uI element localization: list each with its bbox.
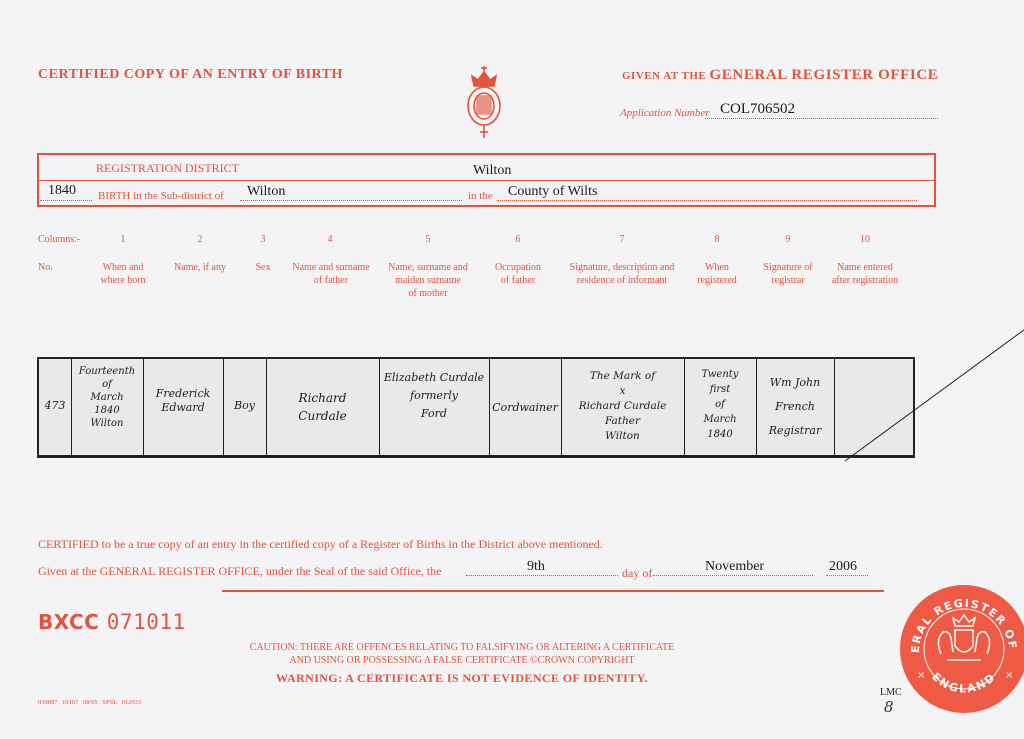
year-line-issue <box>826 575 868 576</box>
entry-when-registered: Twenty first of March 1840 <box>684 367 756 442</box>
column-header-sex: Sex <box>248 261 278 274</box>
county-label: in the <box>468 190 493 202</box>
cancel-diagonal-line <box>840 325 1024 465</box>
entry-occupation: Cordwainer <box>489 401 561 415</box>
form-code: 039887 10107 08/05 SPSL 012033 <box>38 699 141 706</box>
issue-day: 9th <box>527 559 545 575</box>
entry-no: 473 <box>39 399 71 413</box>
application-number-label: Application Number <box>620 107 710 119</box>
entry-father: Richard Curdale <box>266 389 379 425</box>
day-line <box>466 575 618 576</box>
certificate-title: CERTIFIED COPY OF AN ENTRY OF BIRTH <box>38 67 343 83</box>
serial-number: 071011 <box>107 610 186 634</box>
certificate-serial: BXCC 071011 <box>38 610 186 634</box>
given-at-prefix: GIVEN AT THE <box>622 70 706 82</box>
column-number-4: 4 <box>320 234 340 245</box>
clerk-mark: 8 <box>884 698 894 716</box>
issue-year: 2006 <box>829 559 857 575</box>
gro-seal-icon: GENERAL REGISTER OFFICE ENGLAND × × <box>897 582 1024 716</box>
subdistrict-line <box>240 200 462 201</box>
column-header-when-where-born: When and where born <box>88 261 158 287</box>
column-header-mother: Name, surname and maiden surname of moth… <box>380 261 476 300</box>
given-statement: Given at the GENERAL REGISTER OFFICE, un… <box>38 564 442 579</box>
column-number-10: 10 <box>855 234 875 245</box>
entry-sex: Boy <box>223 399 266 413</box>
column-number-1: 1 <box>113 234 133 245</box>
identity-warning: WARNING: A CERTIFICATE IS NOT EVIDENCE O… <box>222 671 702 686</box>
column-header-occupation: Occupation of father <box>483 261 553 287</box>
entry-mother: Elizabeth Curdale formerly Ford <box>379 369 489 423</box>
columns-label: Columns:- <box>38 234 80 245</box>
column-number-5: 5 <box>418 234 438 245</box>
column-header-father: Name and surname of father <box>283 261 379 287</box>
column-number-8: 8 <box>707 234 727 245</box>
column-number-3: 3 <box>253 234 273 245</box>
column-header-no: No. <box>38 261 53 274</box>
column-number-9: 9 <box>778 234 798 245</box>
caution-line-1: CAUTION: THERE ARE OFFENCES RELATING TO … <box>222 641 702 654</box>
application-number-line <box>705 118 938 119</box>
office-name: GENERAL REGISTER OFFICE <box>710 67 939 83</box>
entry-name: Frederick Edward <box>143 387 223 415</box>
certification-statement: CERTIFIED to be a true copy of an entry … <box>38 537 603 552</box>
column-header-registrar: Signature of registrar <box>753 261 823 287</box>
registration-district-value: Wilton <box>473 163 511 179</box>
county-line <box>497 200 917 201</box>
caution-notice: CAUTION: THERE ARE OFFENCES RELATING TO … <box>222 641 702 667</box>
svg-text:×: × <box>1005 670 1013 681</box>
column-number-6: 6 <box>508 234 528 245</box>
subdistrict-label: BIRTH in the Sub-district of <box>98 190 224 202</box>
svg-text:×: × <box>917 670 925 681</box>
column-header-informant: Signature, description and residence of … <box>560 261 684 287</box>
year-line <box>40 200 92 201</box>
given-at-heading: GIVEN AT THE GENERAL REGISTER OFFICE <box>622 67 938 84</box>
register-entry: 473 Fourteenth of March 1840 Wilton Fred… <box>37 357 915 458</box>
application-number-value: COL706502 <box>720 101 795 118</box>
clerk-initials: LMC <box>880 687 902 698</box>
column-number-2: 2 <box>190 234 210 245</box>
signature-rule <box>222 590 884 592</box>
month-line <box>653 575 813 576</box>
column-number-7: 7 <box>612 234 632 245</box>
caution-line-2: AND USING OR POSSESSING A FALSE CERTIFIC… <box>222 654 702 667</box>
day-of-label: day of <box>622 566 652 581</box>
registration-year: 1840 <box>48 183 76 199</box>
column-header-when-registered: When registered <box>686 261 748 287</box>
entry-registrar: Wm John French Registrar <box>756 371 834 443</box>
subdistrict-value: Wilton <box>247 184 285 200</box>
county-value: County of Wilts <box>508 184 597 200</box>
serial-prefix: BXCC <box>38 610 99 634</box>
issue-month: November <box>705 559 764 575</box>
entry-informant: The Mark of x Richard Curdale Father Wil… <box>561 369 684 444</box>
column-header-name-after: Name entered after registration <box>826 261 904 287</box>
column-header-name: Name, if any <box>165 261 235 274</box>
entry-when-where-born: Fourteenth of March 1840 Wilton <box>71 365 143 430</box>
royal-crest-icon <box>464 62 504 142</box>
registration-district-label: REGISTRATION DISTRICT <box>96 161 239 176</box>
